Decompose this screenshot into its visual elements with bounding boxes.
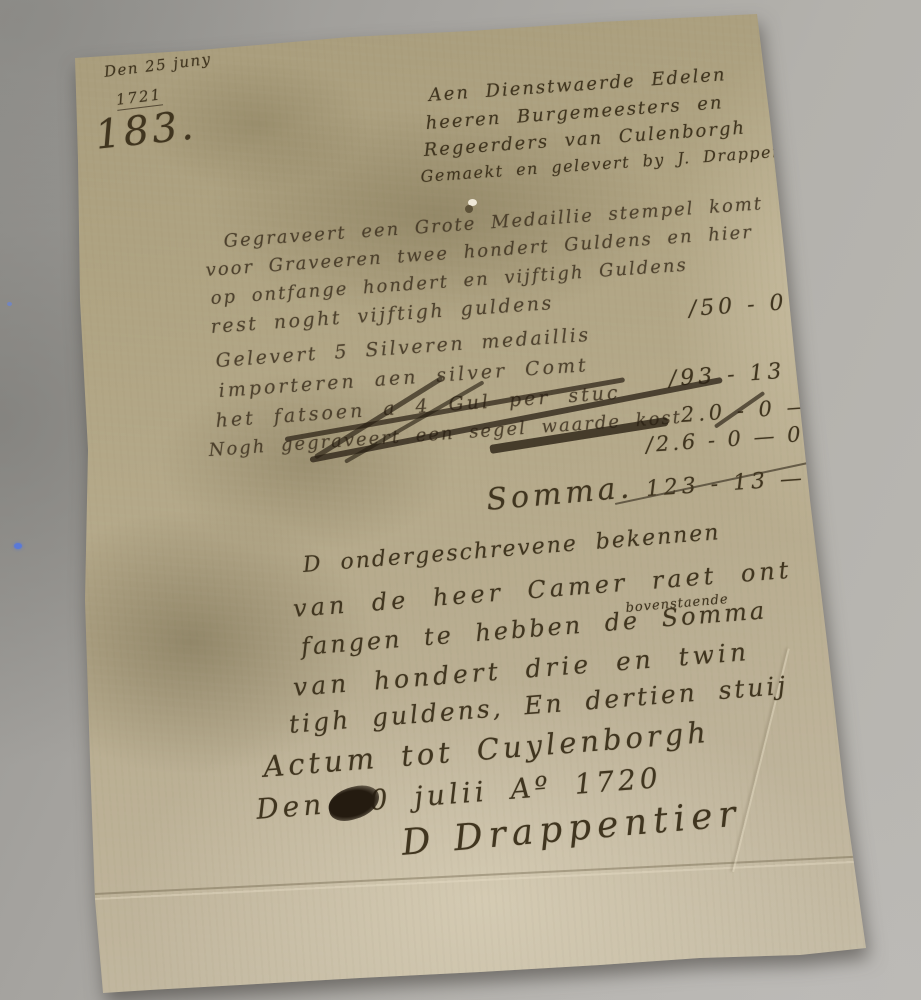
photo-of-manuscript: Den 25 juny 1721 183. Aen Dienstwaerde E… [0,0,921,1000]
blue-speck-small [7,302,12,306]
blue-speck [14,543,22,549]
paper-surface: Den 25 juny 1721 183. Aen Dienstwaerde E… [60,5,880,1000]
paper-sheet: Den 25 juny 1721 183. Aen Dienstwaerde E… [60,5,880,1000]
paper-spot-dark [465,205,473,213]
